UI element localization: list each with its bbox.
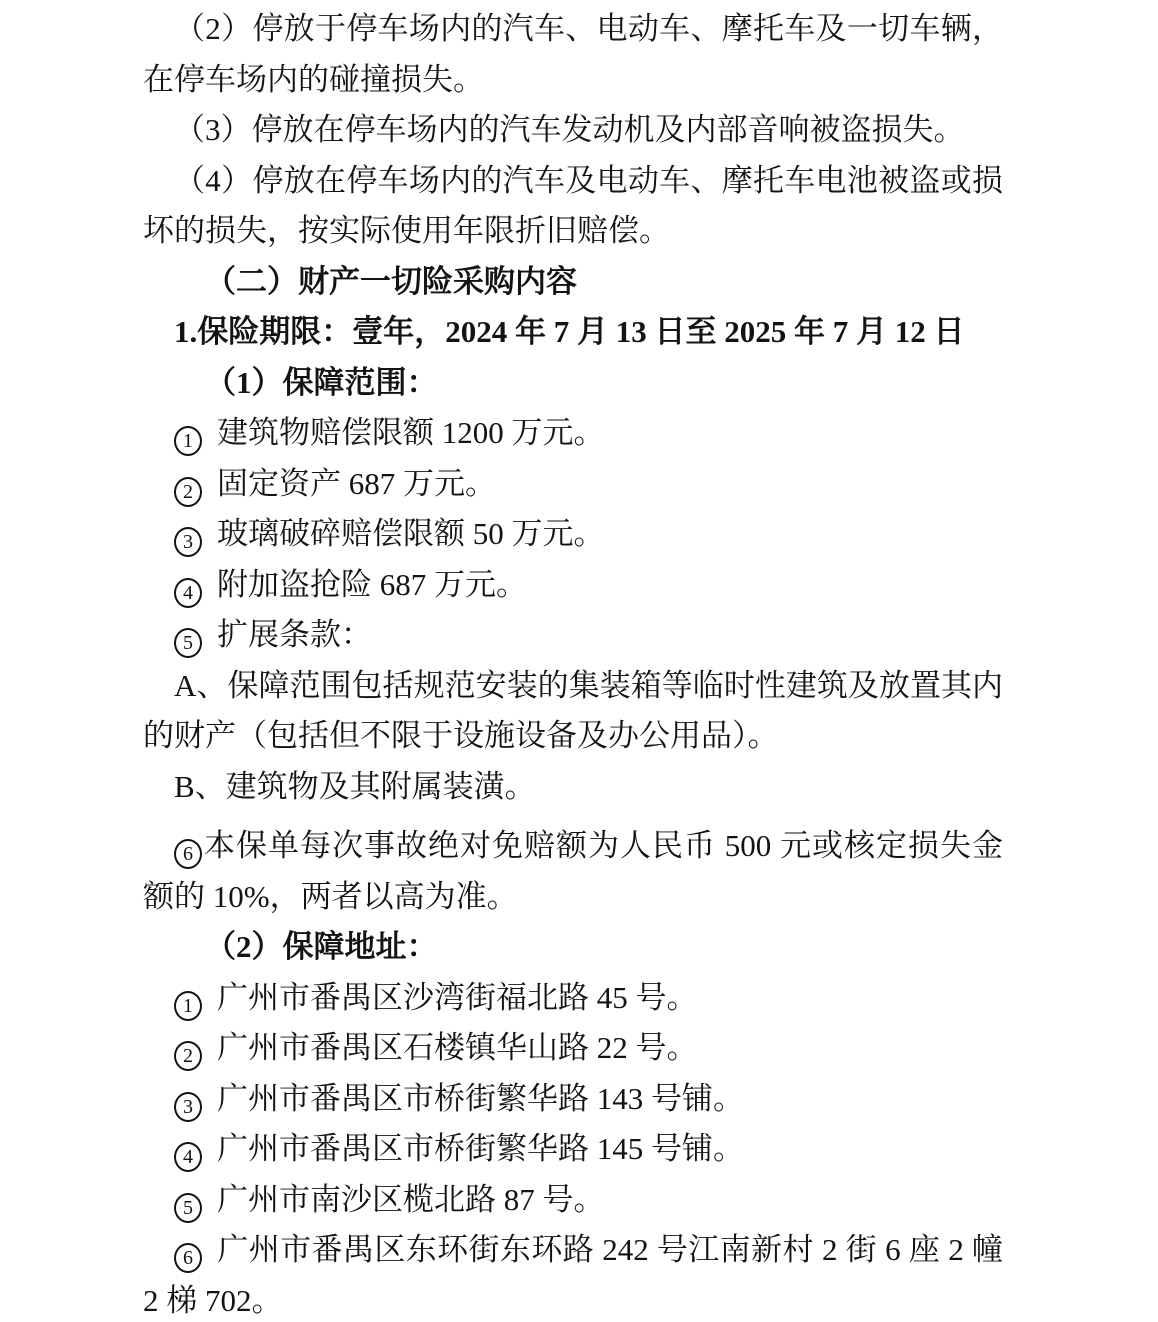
coverage-item-theft-rider: 4附加盗抢险 687 万元。 — [143, 560, 1003, 611]
extension-clause-a: A、保障范围包括规范安装的集装箱等临时性建筑及放置其内的财产（包括但不限于设施设… — [143, 661, 1003, 762]
coverage-item-extension-clauses: 5扩展条款： — [143, 610, 1003, 661]
coverage-item-text: 附加盗抢险 687 万元。 — [217, 567, 527, 602]
address-item-text: 广州市番禺区东环街东环路 242 号江南新村 2 街 6 座 2 幢 2 梯 7… — [143, 1232, 1003, 1318]
extension-clause-b: B、建筑物及其附属装潢。 — [143, 762, 1003, 813]
document-page: （2）停放于停车场内的汽车、电动车、摩托车及一切车辆，在停车场内的碰撞损失。 （… — [0, 0, 1158, 1322]
circled-number-marker: 3 — [174, 527, 202, 557]
circled-number-marker: 5 — [174, 628, 202, 658]
deductible-clause-text: 本保单每次事故绝对免赔额为人民币 500 元或核定损失金额的 10%，两者以高为… — [143, 828, 1003, 914]
circled-number-marker: 1 — [174, 426, 202, 456]
address-item-4: 4广州市番禺区市桥街繁华路 145 号铺。 — [143, 1124, 1003, 1175]
address-item-6: 6广州市番禺区东环街东环路 242 号江南新村 2 街 6 座 2 幢 2 梯 … — [143, 1225, 1003, 1322]
coverage-item-text: 玻璃破碎赔偿限额 50 万元。 — [217, 516, 605, 551]
address-item-text: 广州市南沙区榄北路 87 号。 — [217, 1182, 605, 1217]
address-item-2: 2广州市番禺区石楼镇华山路 22 号。 — [143, 1023, 1003, 1074]
address-item-5: 5广州市南沙区榄北路 87 号。 — [143, 1175, 1003, 1226]
circled-number-marker: 1 — [174, 991, 202, 1021]
coverage-scope-heading: （1）保障范围： — [143, 358, 1003, 409]
clause-battery-theft-depreciation: （4）停放在停车场内的汽车及电动车、摩托车电池被盗或损坏的损失，按实际使用年限折… — [143, 156, 1003, 257]
address-item-text: 广州市番禺区市桥街繁华路 143 号铺。 — [217, 1081, 744, 1116]
clause-engine-audio-theft: （3）停放在停车场内的汽车发动机及内部音响被盗损失。 — [143, 105, 1003, 156]
address-item-text: 广州市番禺区市桥街繁华路 145 号铺。 — [217, 1131, 744, 1166]
clause-parking-collision: （2）停放于停车场内的汽车、电动车、摩托车及一切车辆，在停车场内的碰撞损失。 — [143, 4, 1003, 105]
coverage-address-heading: （2）保障地址： — [143, 922, 1003, 973]
address-item-3: 3广州市番禺区市桥街繁华路 143 号铺。 — [143, 1074, 1003, 1125]
circled-number-marker: 4 — [174, 1142, 202, 1172]
coverage-item-building-limit: 1建筑物赔偿限额 1200 万元。 — [143, 408, 1003, 459]
coverage-item-glass-breakage: 3玻璃破碎赔偿限额 50 万元。 — [143, 509, 1003, 560]
circled-number-marker: 3 — [174, 1092, 202, 1122]
coverage-item-fixed-assets: 2固定资产 687 万元。 — [143, 459, 1003, 510]
address-item-text: 广州市番禺区石楼镇华山路 22 号。 — [217, 1030, 698, 1065]
address-item-1: 1广州市番禺区沙湾街福北路 45 号。 — [143, 973, 1003, 1024]
coverage-item-text: 扩展条款： — [217, 617, 372, 652]
circled-number-marker: 4 — [174, 578, 202, 608]
circled-number-marker: 6 — [174, 839, 202, 869]
address-item-text: 广州市番禺区沙湾街福北路 45 号。 — [217, 980, 698, 1015]
insurance-period-line: 1.保险期限：壹年，2024 年 7 月 13 日至 2025 年 7 月 12… — [143, 307, 1003, 358]
deductible-clause: 6本保单每次事故绝对免赔额为人民币 500 元或核定损失金额的 10%，两者以高… — [143, 821, 1003, 922]
circled-number-marker: 5 — [174, 1193, 202, 1223]
section-heading-property-all-risk: （二）财产一切险采购内容 — [143, 257, 1003, 308]
coverage-item-text: 固定资产 687 万元。 — [217, 466, 496, 501]
circled-number-marker: 2 — [174, 477, 202, 507]
coverage-item-text: 建筑物赔偿限额 1200 万元。 — [217, 415, 605, 450]
circled-number-marker: 6 — [174, 1243, 202, 1273]
circled-number-marker: 2 — [174, 1041, 202, 1071]
